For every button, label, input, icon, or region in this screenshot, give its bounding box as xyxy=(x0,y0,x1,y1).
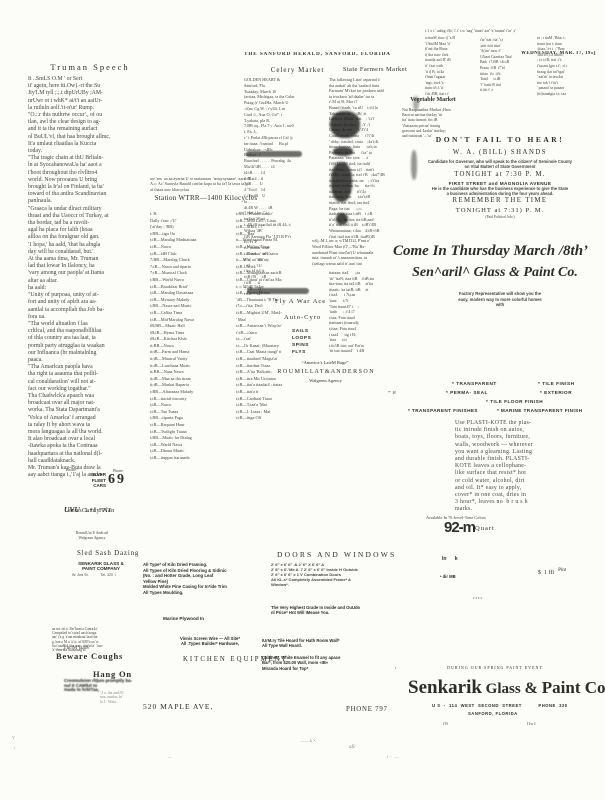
cabinet-lines: Cabinet*, White Enamel to fit any apace … xyxy=(262,655,366,671)
shands-ad-sub1: Candidate for Governor, who will speak t… xyxy=(412,159,588,169)
plasti-feature-4b: * MARINE TRANSPARENT FINISH xyxy=(497,408,582,413)
scan-noise-mark: t. xyxy=(14,746,16,750)
celery-market-title: Celery Market xyxy=(255,66,340,74)
tail-mark-a: fVi xyxy=(443,721,448,726)
truman-speech-title: Truman Speech xyxy=(30,62,150,72)
scan-noise-mark: —..—k '• xyxy=(300,738,315,743)
ink-blob xyxy=(336,213,348,225)
truman-speech-body: It ..SmLS O.M ' or Sert it' agein, here … xyxy=(28,76,149,479)
war-ace-tagline: “America’s LateM Rage” xyxy=(270,360,380,365)
quart-price-unit: Quart xyxy=(475,525,495,532)
candy-line2: anas L*l FAT xyxy=(68,508,112,514)
phone-label-left: Phone* xyxy=(66,467,78,472)
ink-blob xyxy=(330,111,360,138)
creomulsion-faint-lines: ',J a. tha aarUO noa, tundar, br' la I -… xyxy=(100,691,160,704)
right-top-line: t.1 x t '.aabtg t'tb;' t'.t' t.w 'aag' '… xyxy=(425,28,603,33)
dots-separator: • • • • xyxy=(473,595,482,600)
shands-ad-remember: REMEMBER THE TIME xyxy=(420,197,580,204)
farmers-market-title: State Farmers Market xyxy=(330,66,420,73)
shands-ad-sub2: He is the candidate who has the business… xyxy=(412,187,588,197)
ink-smudge xyxy=(247,288,309,294)
kiln-dried-framing-list: All Type* of Kiln Dried Framing. All Typ… xyxy=(143,562,239,596)
shands-ad-headline: DON'T FAIL TO HEAR! xyxy=(420,135,580,144)
senkarik-company-small: SENKARIK GLASS & PAINT COMPANY xyxy=(70,561,132,572)
roumillat-anderson-sub: Walgreen Agency xyxy=(258,378,393,383)
senkarik-name-part3: & xyxy=(524,680,541,697)
marine-plywood-line: Marine Plywood In xyxy=(163,616,204,621)
silver-fleet-number: 69 xyxy=(108,472,126,488)
stray-mark: *' .H xyxy=(388,390,412,395)
stray-i-mark: i xyxy=(395,665,396,670)
ink-smudge xyxy=(246,151,302,157)
plasti-pint-price: $ 1 ffi Pint xyxy=(538,561,566,579)
silver-fleet-brand: SILVER FLEET CARS xyxy=(82,472,106,489)
roumillat-agency-small: RoumlUat E Andr.atl Walgraan Agancy xyxy=(60,531,124,541)
sash-glazing-title: Sled Sash Dazing xyxy=(77,549,139,557)
newspaper-page: { "masthead": { "title": "THE SANFORD HE… xyxy=(0,0,605,800)
senkarik-city-line: SANFORD, FLORIDA xyxy=(468,711,518,716)
tile-board-lines: IUrM.ry Tile Hoard for Hath Room Wall* A… xyxy=(262,638,374,649)
farmers-market-body2: ttataaa; tta4 ;;ta 'ttt' 'ttaN; ttaa ttB… xyxy=(329,270,421,354)
doors-grade-lines: The Very Highest Grade In Inside and OuU… xyxy=(271,605,391,616)
promo-factory-note: Factory Representative will show you the… xyxy=(438,291,562,308)
scan-noise-mark: V xyxy=(12,735,15,740)
ink-fragment: In k xyxy=(442,556,458,562)
plasti-feature-4a: * TRANSPARENT FINISHES xyxy=(408,408,478,413)
doors-windows-title: DOORS AND WINDOWS xyxy=(277,550,396,559)
vegetable-market-title: Vegetable Market xyxy=(402,97,464,103)
plasti-body-copy: Use PLASTI-KOTE the plas- tic intrude fi… xyxy=(455,420,533,514)
plasti-feature-1b: * TILE FINISH xyxy=(538,381,574,386)
senkarik-big-name: Senkarik Glass & Paint Co. xyxy=(408,677,592,699)
senkarik-company-addr: W. 2nd St. Tel. 320 i xyxy=(72,573,116,577)
pint-price-value: $ 1 ffi xyxy=(538,570,554,576)
ink-blob xyxy=(333,147,353,156)
shands-ad-tonight1: TONIGHT at 7:30 P. M. xyxy=(420,171,580,178)
ink-blob xyxy=(331,162,352,202)
scan-noise-mark: i - — xyxy=(387,754,398,759)
shands-ad-tonight2: TONIGHT at 7:31) P. M. xyxy=(420,207,580,214)
shands-ad-name: W. A. (BILL) SHANDS xyxy=(420,149,580,156)
masthead-title: THE SANFORD HERALD, SANFORD, FLORIDA xyxy=(225,52,410,57)
war-ace-line1: Fly A War Ace xyxy=(275,298,355,305)
war-ace-items: SAILS LOOPS SPINS FLYS xyxy=(292,328,332,356)
senkarik-name-part4: Paint Co. xyxy=(542,678,605,697)
scan-noise-mark: a$/ xyxy=(349,745,355,750)
plasti-feature-1a: * TRANSPARENT xyxy=(452,381,497,386)
plasti-feature-2a: * PERMA- SEAL xyxy=(446,390,488,395)
promo-come-in-line: Come In Thursday March /8th’ xyxy=(393,243,603,260)
shands-ad-paid-line: (Paid Political Adv.) xyxy=(420,215,580,219)
phone-797: PHONE 797 xyxy=(346,706,388,713)
right-listings-col-b: ta ; t ttaM ,'Btta; t; ttaatt (tat t; tt… xyxy=(537,36,603,98)
senkarik-name-part1: Senkarik xyxy=(408,677,482,698)
promo-senkarik-line: Sen^aril^ Glass & Paint Co. xyxy=(400,265,590,281)
senkarik-street-phone: U S - 114 WEST SECOND STREET PHONE 320 xyxy=(432,703,568,708)
beware-coughs-title: Beware Coughs xyxy=(56,651,123,661)
scan-noise-mark: — xyxy=(168,754,172,759)
quart-price-value: 92-m xyxy=(444,519,475,536)
doors-windows-sizes: 2' 6″ x 6' 6″ .& 2' 6″ X 6' 6″ A 2' 8″ x… xyxy=(271,563,393,588)
ink-fragment: • dir MB xyxy=(440,574,456,579)
right-listings-col-a: wttaaW ttaw t( 'a B 't'AtttlM Maa 'tt' (… xyxy=(425,36,477,98)
screen-wire-lines: Vinnis Screen Wire — All Site* All .Type… xyxy=(160,636,260,646)
plasti-feature-3: * TILE FLOOR FINISH xyxy=(486,399,543,404)
plasti-feature-2b: * EXTERIOR xyxy=(540,390,572,395)
war-ace-line2: Auto-Cyro xyxy=(284,314,344,321)
roumillat-anderson-name: R O U M I L L A T & A N D E R S O N xyxy=(258,369,393,375)
spring-paint-event-line: DURING OUR SPRING PAINT EVENT xyxy=(436,665,554,670)
right-listings-col-m: t'ar' ttat ;tta'.'t;t ;ttttt ttttt tttat… xyxy=(480,38,536,94)
tail-mark-b: I1w I xyxy=(527,721,536,726)
senkarik-name-part2: Glass xyxy=(482,681,525,697)
wtrr-schedule-col1: t. B. Dally t'raw ;/U' ('at'day ; 'BB) t… xyxy=(150,211,232,462)
vegetable-market-body: Nat Raapaaathta Markat ;Hara Barrcat aar… xyxy=(402,107,466,138)
plasti-quart-price: 92-mQuart xyxy=(444,519,495,537)
pint-price-unit: Pint xyxy=(558,568,566,573)
